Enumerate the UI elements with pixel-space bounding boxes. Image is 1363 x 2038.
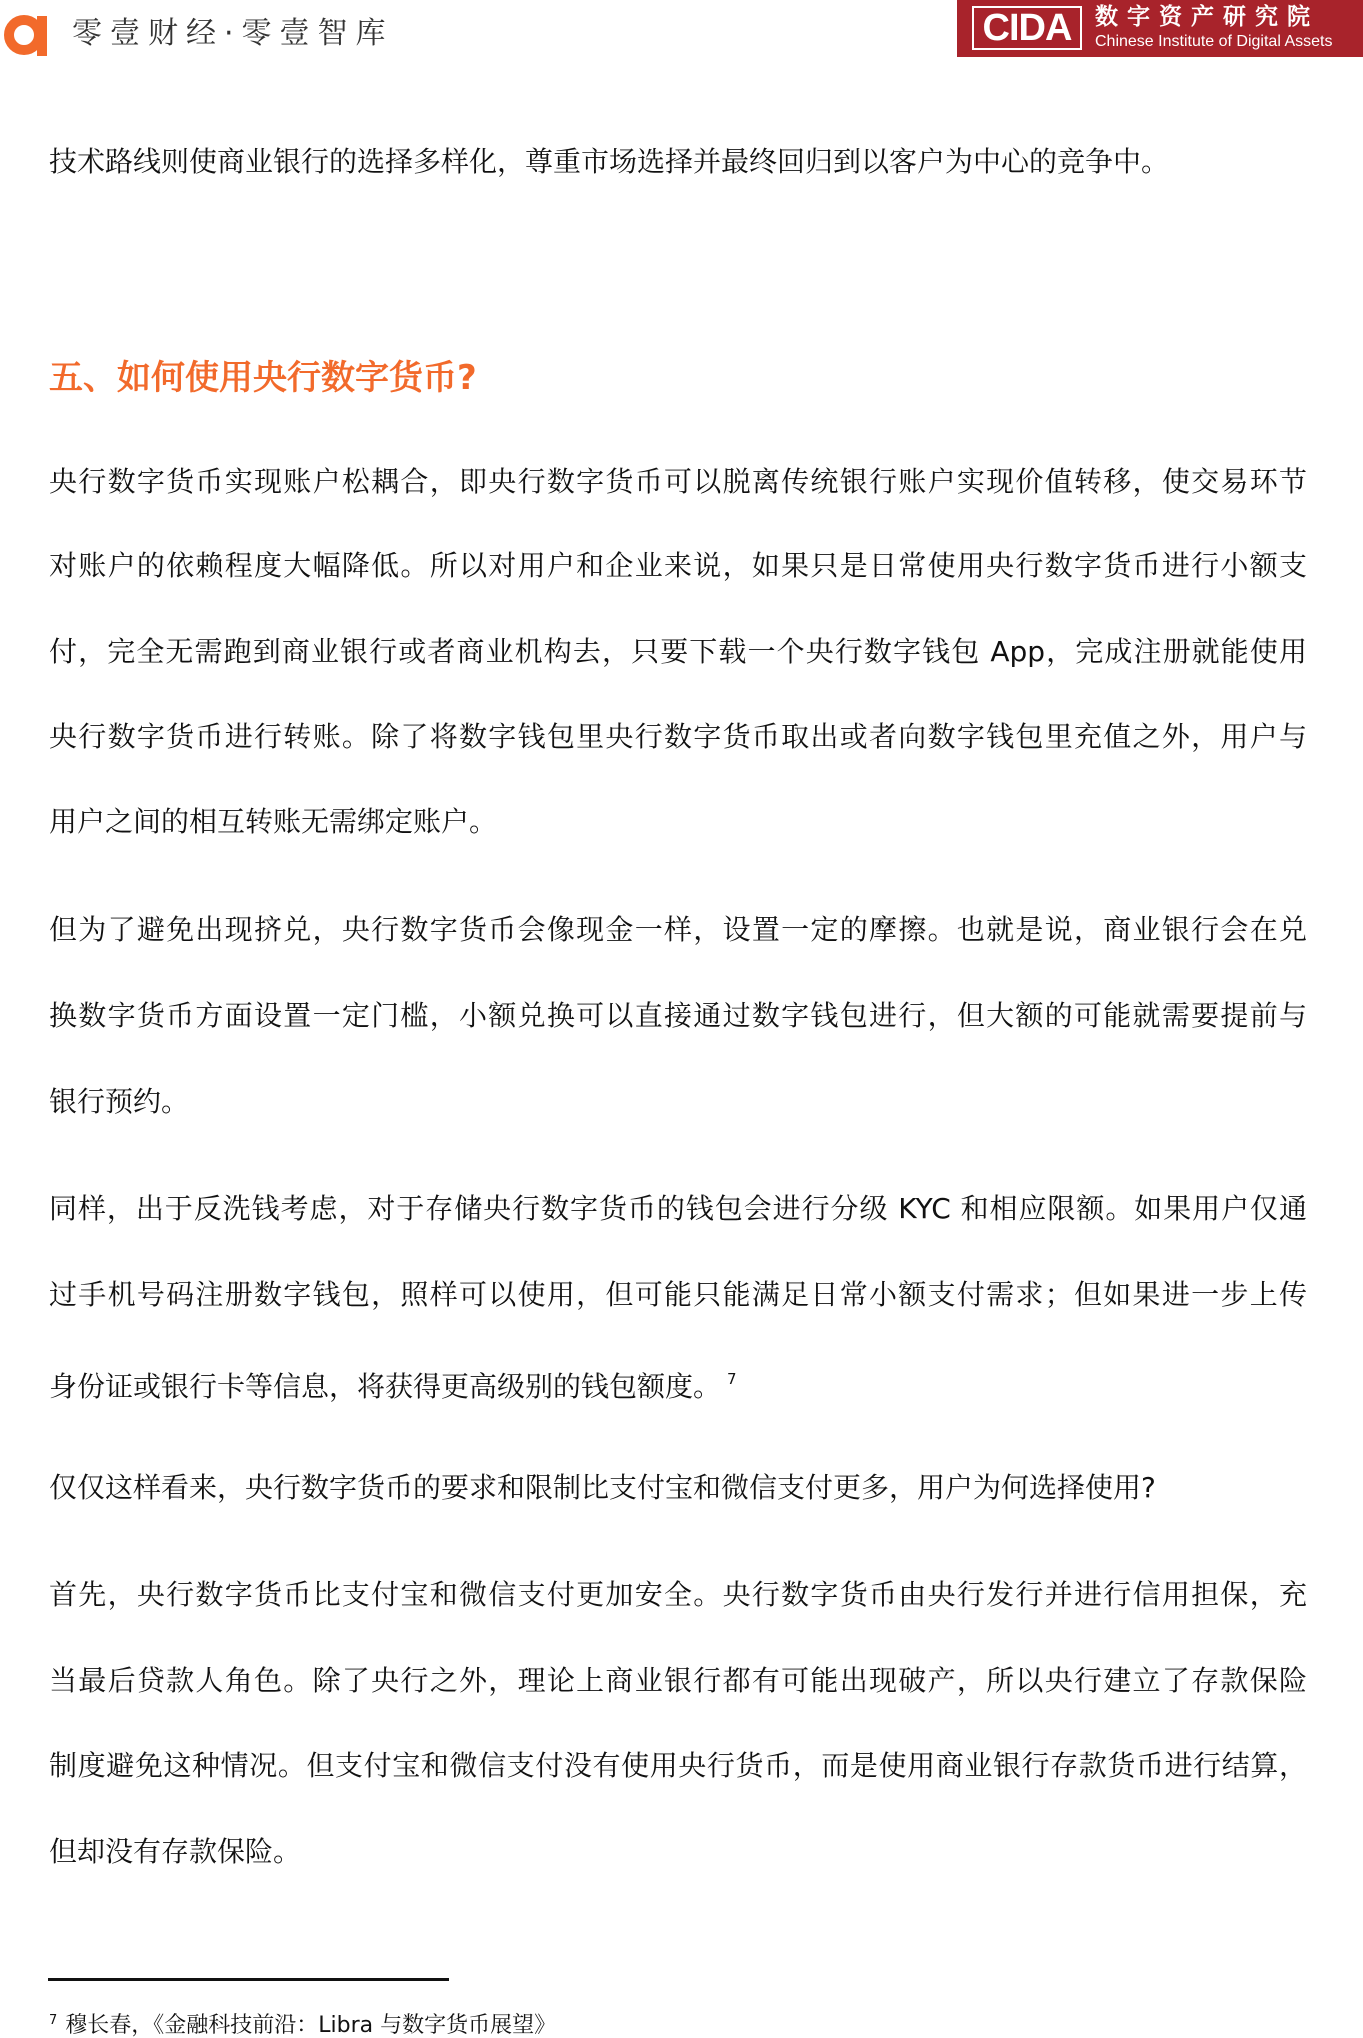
paragraph-3-line-3: 身份证或银行卡等信息，将获得更高级别的钱包额度。7 — [49, 1361, 737, 1405]
paragraph-5-line-3: 制度避免这种情况。但支付宝和微信支付没有使用央行货币，而是使用商业银行存款货币进… — [49, 1748, 1307, 1784]
footnote-text: 穆长春，《金融科技前沿：Libra 与数字货币展望》 — [65, 2013, 556, 2038]
paragraph-2-line-1: 但为了避免出现挤兑，央行数字货币会像现金一样，设置一定的摩擦。也就是说，商业银行… — [49, 912, 1307, 948]
paragraph-1-line-5: 用户之间的相互转账无需绑定账户。 — [49, 804, 497, 840]
cida-name-cn: 数字资产研究院 — [1095, 3, 1319, 31]
footnote-number: 7 — [49, 2013, 57, 2028]
paragraph-1-line-4: 央行数字货币进行转账。除了将数字钱包里央行数字货币取出或者向数字钱包里充值之外，… — [49, 719, 1307, 755]
cida-abbr: CIDA — [972, 6, 1082, 50]
paragraph-1-line-1: 央行数字货币实现账户松耦合，即央行数字货币可以脱离传统银行账户实现价值转移，使交… — [49, 464, 1307, 500]
brand-logo-icon — [4, 12, 52, 58]
paragraph-5-line-2: 当最后贷款人角色。除了央行之外，理论上商业银行都有可能出现破产，所以央行建立了存… — [49, 1663, 1307, 1699]
intro-paragraph: 技术路线则使商业银行的选择多样化，尊重市场选择并最终回归到以客户为中心的竞争中。 — [49, 144, 1169, 180]
footnote-reference[interactable]: 7 — [727, 1370, 737, 1388]
footnote-divider — [48, 1978, 449, 1981]
paragraph-1-line-2: 对账户的依赖程度大幅降低。所以对用户和企业来说，如果只是日常使用央行数字货币进行… — [49, 548, 1307, 584]
paragraph-3-line-1: 同样，出于反洗钱考虑，对于存储央行数字货币的钱包会进行分级 KYC 和相应限额。… — [49, 1191, 1307, 1227]
paragraph-3-line-2: 过手机号码注册数字钱包，照样可以使用，但可能只能满足日常小额支付需求；但如果进一… — [49, 1277, 1307, 1313]
paragraph-2-line-3: 银行预约。 — [49, 1084, 189, 1120]
paragraph-5-line-1: 首先，央行数字货币比支付宝和微信支付更加安全。央行数字货币由央行发行并进行信用担… — [49, 1577, 1307, 1613]
paragraph-1-line-3: 付，完全无需跑到商业银行或者商业机构去，只要下载一个央行数字钱包 App，完成注… — [49, 634, 1307, 670]
footnote: 7穆长春，《金融科技前沿：Libra 与数字货币展望》 — [49, 2006, 556, 2038]
cida-name-en: Chinese Institute of Digital Assets — [1095, 33, 1332, 51]
paragraph-5-line-4: 但却没有存款保险。 — [49, 1834, 301, 1870]
paragraph-4-line-1: 仅仅这样看来，央行数字货币的要求和限制比支付宝和微信支付更多，用户为何选择使用? — [49, 1470, 1156, 1506]
brand-name: 零壹财经·零壹智库 — [72, 14, 394, 54]
section-heading: 五、如何使用央行数字货币? — [49, 358, 477, 398]
paragraph-3-line-3-text: 身份证或银行卡等信息，将获得更高级别的钱包额度。 — [49, 1370, 721, 1403]
paragraph-2-line-2: 换数字货币方面设置一定门槛，小额兑换可以直接通过数字钱包进行，但大额的可能就需要… — [49, 998, 1307, 1034]
cida-logo: CIDA 数字资产研究院 Chinese Institute of Digita… — [957, 0, 1363, 57]
